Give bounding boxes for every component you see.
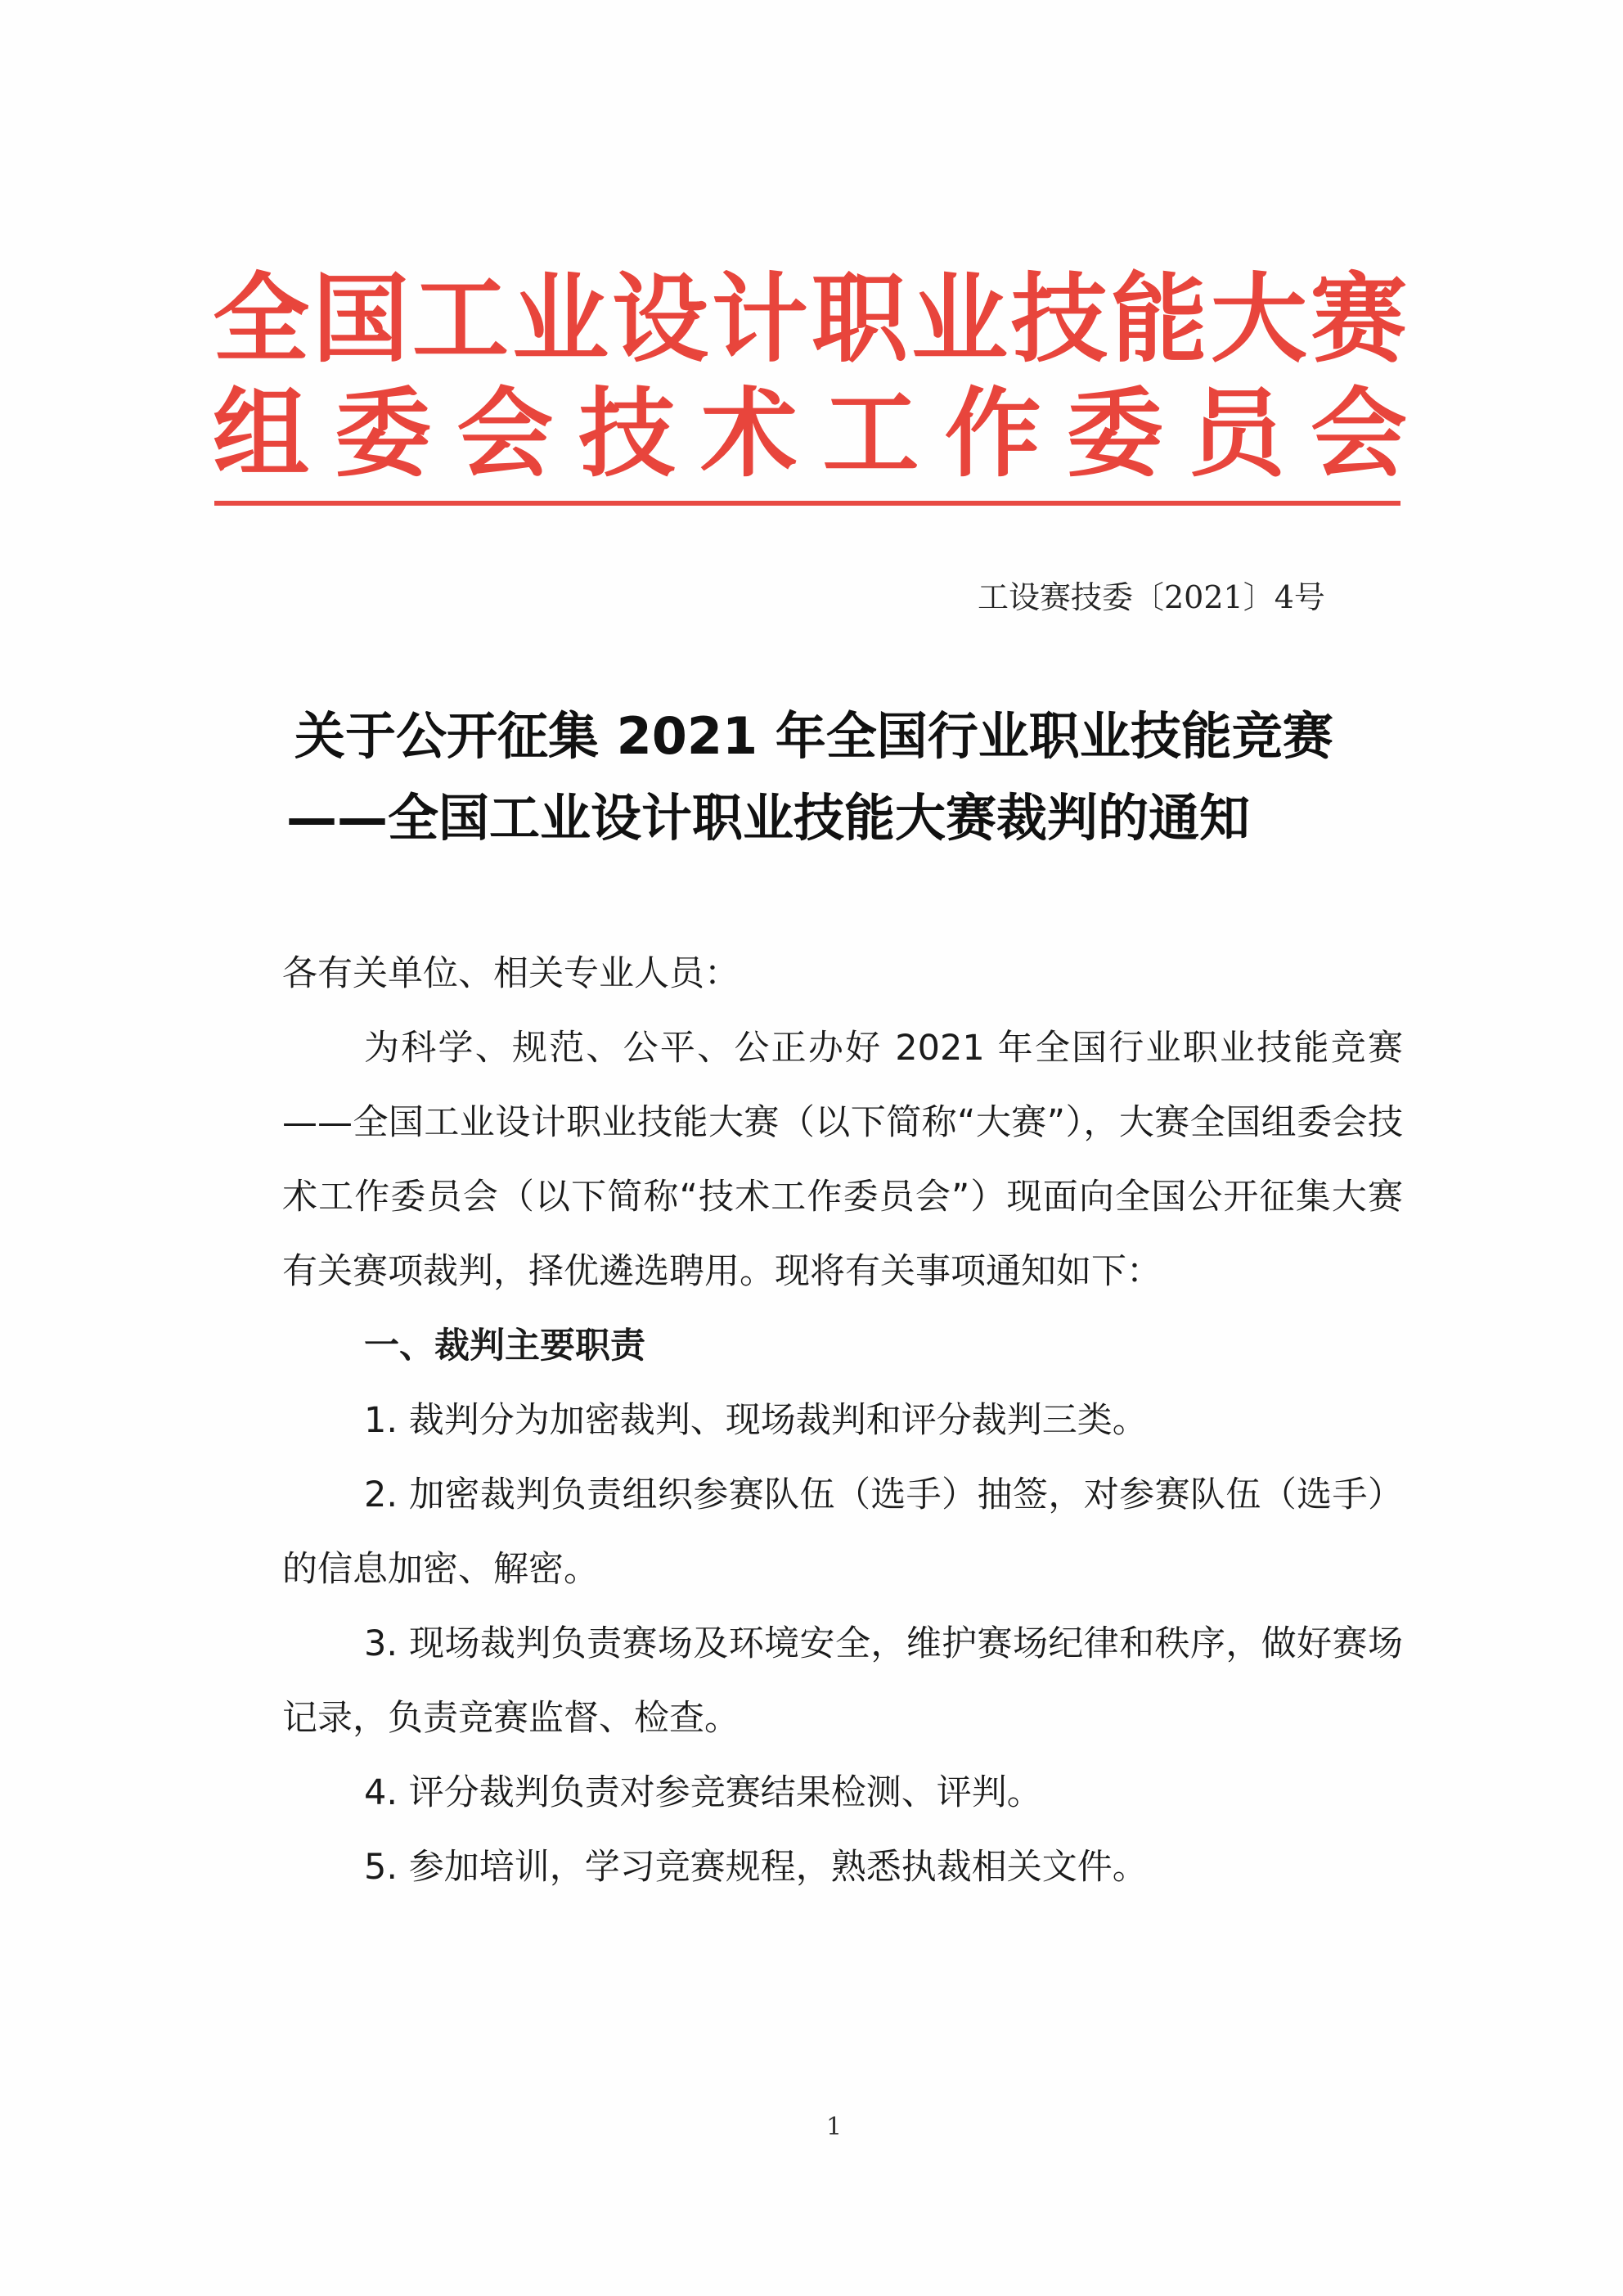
list-item: 2. 加密裁判负责组织参赛队伍（选手）抽签，对参赛队伍（选手）的信息加密、解密。 — [282, 1458, 1403, 1607]
letterhead-char: 会 — [1311, 376, 1407, 491]
letterhead-char: 技 — [578, 376, 675, 491]
letterhead-char: 国 — [312, 262, 409, 376]
letterhead-char: 员 — [1189, 376, 1285, 491]
title-line-2: ——全国工业设计职业技能大赛裁判的通知 — [286, 777, 1423, 859]
letterhead-char: 全 — [213, 262, 309, 376]
letterhead-char: 技 — [1011, 262, 1108, 376]
document-page: 全 国 工 业 设 计 职 业 技 能 大 赛 组 委 会 技 术 工 作 委 … — [0, 0, 1623, 2296]
letterhead-char: 作 — [945, 376, 1041, 491]
letterhead-char: 职 — [811, 262, 908, 376]
letterhead-char: 大 — [1211, 262, 1307, 376]
letterhead-char: 委 — [1067, 376, 1163, 491]
document-body: 各有关单位、相关专业人员： 为科学、规范、公平、公正办好 2021 年全国行业职… — [282, 937, 1403, 1905]
list-item: 4. 评分裁判负责对参竞赛结果检测、评判。 — [282, 1756, 1403, 1830]
document-title: 关于公开征集 2021 年全国行业职业技能竞赛 ——全国工业设计职业技能大赛裁判… — [278, 696, 1423, 859]
list-item: 1. 裁判分为加密裁判、现场裁判和评分裁判三类。 — [282, 1384, 1403, 1458]
intro-paragraph: 为科学、规范、公平、公正办好 2021 年全国行业职业技能竞赛——全国工业设计职… — [282, 1011, 1403, 1309]
letterhead-char: 赛 — [1311, 262, 1407, 376]
list-item: 5. 参加培训，学习竞赛规程，熟悉执裁相关文件。 — [282, 1830, 1403, 1905]
page-number: 1 — [826, 2111, 842, 2144]
letterhead-char: 组 — [213, 376, 309, 491]
letterhead-char: 会 — [456, 376, 553, 491]
document-number: 工设赛技委〔2021〕4号 — [978, 573, 1325, 622]
letterhead-line-1: 全 国 工 业 设 计 职 业 技 能 大 赛 — [213, 262, 1407, 376]
letterhead-char: 设 — [612, 262, 708, 376]
letterhead-char: 计 — [712, 262, 808, 376]
red-divider-line — [214, 501, 1400, 506]
letterhead-char: 业 — [512, 262, 609, 376]
letterhead-char: 委 — [335, 376, 431, 491]
section-heading: 一、裁判主要职责 — [282, 1309, 1403, 1384]
red-letterhead: 全 国 工 业 设 计 职 业 技 能 大 赛 组 委 会 技 术 工 作 委 … — [213, 262, 1407, 491]
letterhead-line-2: 组 委 会 技 术 工 作 委 员 会 — [213, 376, 1407, 491]
letterhead-char: 业 — [911, 262, 1008, 376]
list-item: 3. 现场裁判负责赛场及环境安全，维护赛场纪律和秩序，做好赛场记录，负责竞赛监督… — [282, 1607, 1403, 1756]
letterhead-char: 工 — [823, 376, 919, 491]
letterhead-char: 能 — [1111, 262, 1207, 376]
title-line-1: 关于公开征集 2021 年全国行业职业技能竞赛 — [294, 696, 1423, 777]
letterhead-char: 术 — [700, 376, 797, 491]
letterhead-char: 工 — [412, 262, 509, 376]
salutation: 各有关单位、相关专业人员： — [282, 937, 1403, 1011]
